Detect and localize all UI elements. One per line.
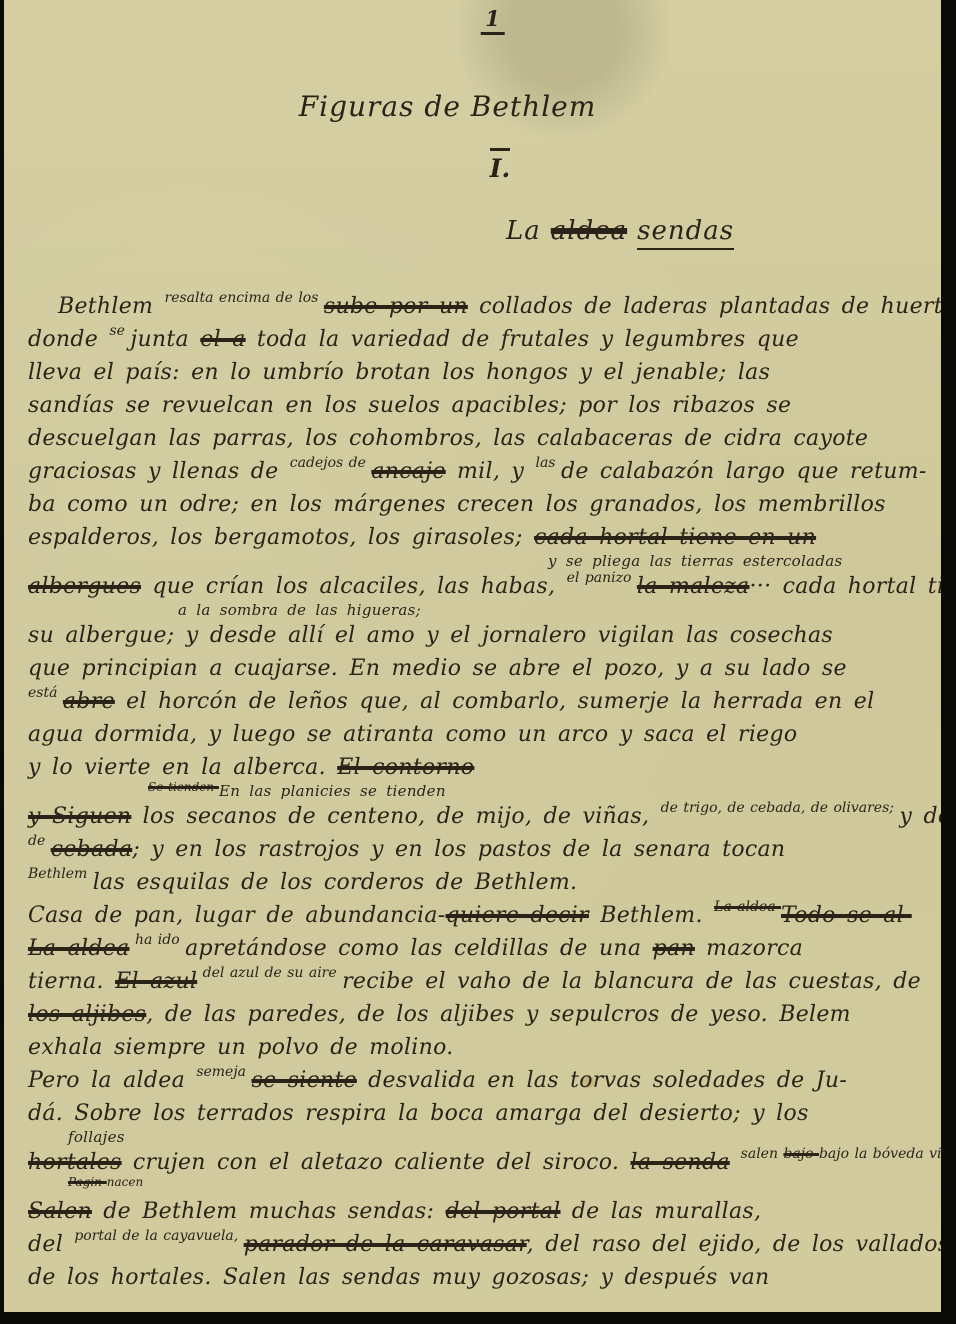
text-segment: donde [28, 327, 109, 352]
text-segment: exhala siempre un polvo de molino. [28, 1035, 454, 1060]
manuscript-line: Pero la aldea semeja se siente desvalida… [28, 1064, 936, 1097]
text-segment: Pero la aldea [28, 1068, 196, 1093]
inserted-text-segment: cadejos de [290, 455, 372, 471]
struck-text-segment: abre [63, 689, 115, 714]
manuscript-line: Bethlem resalta encima de los sube por u… [28, 290, 936, 323]
text-segment: de calabazón largo que retum- [561, 459, 927, 484]
inserted-text-segment: portal de la cayavuela, [74, 1228, 243, 1244]
struck-text-segment: la maleza [637, 574, 750, 599]
manuscript-line: sandías se revuelcan en los suelos apaci… [28, 389, 936, 422]
text-segment: agua dormida, y luego se atiranta como u… [28, 722, 797, 747]
struck-text-segment: ancaje [371, 459, 445, 484]
struck-text-segment: La aldea [714, 899, 781, 915]
text-segment: y se pliega las tierras estercoladas [548, 552, 843, 570]
struck-text-segment: cebada [51, 837, 133, 862]
struck-text-segment: El contorno [337, 755, 474, 780]
text-segment: collados de laderas plantadas de huertos… [468, 294, 941, 319]
text-segment: dá. Sobre los terrados respira la boca a… [28, 1101, 809, 1126]
manuscript-line: Pagin nacen [28, 1179, 936, 1195]
struck-text-segment: parador de la caravasar [244, 1232, 527, 1257]
manuscript-line: a la sombra de las higueras; [28, 603, 936, 619]
text-segment: los secanos de centeno, de mijo, de viña… [131, 804, 660, 829]
text-segment: recibe el vaho de la blancura de las cue… [342, 969, 921, 994]
manuscript-line: lleva el país: en lo umbrío brotan los h… [28, 356, 936, 389]
subtitle-word: sendas [637, 216, 734, 250]
manuscript-line: albergues que crían los alcaciles, las h… [28, 570, 936, 603]
text-segment: que principian a cuajarse. En medio se a… [28, 656, 847, 681]
text-segment: crujen con el aletazo caliente del siroc… [122, 1150, 631, 1175]
inserted-text-segment: salen [730, 1146, 784, 1162]
text-segment: de las murallas, [561, 1199, 762, 1224]
manuscript-line: los aljibes, de las paredes, de los alji… [28, 998, 936, 1031]
manuscript-line: dá. Sobre los terrados respira la boca a… [28, 1097, 936, 1130]
struck-text-segment: Se tienden [148, 780, 219, 794]
struck-text-segment: los aljibes [28, 1002, 146, 1027]
inserted-text-segment: ha ido [130, 932, 186, 948]
manuscript-line: Se tienden En las planicies se tienden [28, 784, 936, 800]
subtitle-article: La [506, 216, 541, 246]
manuscript-line: graciosas y llenas de cadejos de ancaje … [28, 455, 936, 488]
struck-text-segment: Pagin [68, 1175, 107, 1189]
manuscript-line: follajes [28, 1130, 936, 1146]
inserted-text-segment: semeja [196, 1064, 251, 1080]
struck-text-segment: la senda [631, 1150, 730, 1175]
manuscript-line: de cebada; y en los rastrojos y en los p… [28, 833, 936, 866]
inserted-text-segment: las [535, 455, 560, 471]
manuscript-line: su albergue; y desde allí el amo y el jo… [28, 619, 936, 652]
text-segment: ··· cada hortal tiene [749, 574, 941, 599]
text-segment: ba como un odre; en los márgenes crecen … [28, 492, 886, 517]
text-segment: toda la variedad de frutales y legumbres… [246, 327, 799, 352]
manuscript-line: donde se junta el a toda la variedad de … [28, 323, 936, 356]
inserted-text-segment: de trigo, de cebada, de olivares; [661, 800, 900, 816]
manuscript-page: 1 Figuras de Bethlem I. Laaldeasendas Be… [4, 0, 941, 1312]
text-segment: En las planicies se tienden [219, 782, 446, 800]
subtitle-struck-word: aldea [551, 216, 627, 246]
inserted-text-segment: está [28, 685, 63, 701]
manuscript-line: agua dormida, y luego se atiranta como u… [28, 718, 936, 751]
manuscript-line: está abre el horcón de leños que, al com… [28, 685, 936, 718]
text-segment: , del raso del ejido, de los vallados [527, 1232, 941, 1257]
struck-text-segment: bajo [783, 1146, 819, 1162]
inserted-text-segment: resalta encima de los [165, 290, 324, 306]
section-numeral: I. [490, 148, 510, 183]
manuscript-line: tierna. El azul del azul de su aire reci… [28, 965, 936, 998]
manuscript-line: ba como un odre; en los márgenes crecen … [28, 488, 936, 521]
struck-text-segment: pan [653, 936, 695, 961]
struck-text-segment: se siente [251, 1068, 356, 1093]
inserted-text-segment: del azul de su aire [197, 965, 342, 981]
inserted-text-segment: nacen [107, 1175, 143, 1189]
page-number: 1 [480, 6, 505, 35]
text-segment: que crían los alcaciles, las habas, [141, 574, 567, 599]
inserted-text-segment: bajo la bóveda vieja, [819, 1146, 941, 1162]
struck-text-segment: La aldea [28, 936, 130, 961]
struck-text-segment: Todo se al- [781, 903, 912, 928]
manuscript-line: exhala siempre un polvo de molino. [28, 1031, 936, 1064]
manuscript-line: que principian a cuajarse. En medio se a… [28, 652, 936, 685]
text-segment: apretándose como las celdillas de una [185, 936, 653, 961]
text-segment: del [28, 1232, 74, 1257]
manuscript-line: y se pliega las tierras estercoladas [28, 554, 936, 570]
inserted-text-segment: de [28, 833, 51, 849]
manuscript-line: Bethlem las esquilas de los corderos de … [28, 866, 936, 899]
struck-text-segment: Salen [28, 1199, 92, 1224]
text-segment: espalderos, los bergamotos, los girasole… [28, 525, 534, 550]
chapter-subtitle: Laaldeasendas [506, 216, 734, 246]
text-segment: de los hortales. Salen las sendas muy go… [28, 1265, 769, 1290]
text-segment: y de [899, 804, 941, 829]
struck-text-segment: el a [200, 327, 245, 352]
text-segment: descuelgan las parras, los cohombros, la… [28, 426, 868, 451]
text-segment: sandías se revuelcan en los suelos apaci… [28, 393, 791, 418]
text-segment: tierna. [28, 969, 115, 994]
text-segment: graciosas y llenas de [28, 459, 290, 484]
text-segment: el horcón de leños que, al combarlo, sum… [115, 689, 875, 714]
struck-text-segment: albergues [28, 574, 141, 599]
struck-text-segment: hortales [28, 1150, 122, 1175]
text-segment: las esquilas de los corderos de Bethlem. [93, 870, 578, 895]
text-segment: ; y en los rastrojos y en los pastos de … [132, 837, 785, 862]
text-segment: a la sombra de las higueras; [178, 601, 421, 619]
manuscript-line: y Siguen los secanos de centeno, de mijo… [28, 800, 936, 833]
struck-text-segment: del portal [446, 1199, 561, 1224]
manuscript-line: Salen de Bethlem muchas sendas: del port… [28, 1195, 936, 1228]
struck-text-segment: quiere decir [446, 903, 589, 928]
text-segment: Casa de pan, lugar de abundancia- [28, 903, 446, 928]
text-segment: mil, y [446, 459, 536, 484]
inserted-text-segment: el panizo [567, 570, 637, 586]
text-segment: mazorca [695, 936, 803, 961]
manuscript-line: del portal de la cayavuela, parador de l… [28, 1228, 936, 1261]
manuscript-line: Casa de pan, lugar de abundancia-quiere … [28, 899, 936, 932]
manuscript-body: Bethlem resalta encima de los sube por u… [28, 290, 936, 1294]
manuscript-line: hortales crujen con el aletazo caliente … [28, 1146, 936, 1179]
manuscript-line: espalderos, los bergamotos, los girasole… [28, 521, 936, 554]
text-segment: y lo vierte en la alberca. [28, 755, 337, 780]
text-segment: desvalida en las torvas soledades de Ju- [357, 1068, 847, 1093]
struck-text-segment: cada hortal tiene en un [534, 525, 816, 550]
inserted-text-segment: se [109, 323, 130, 339]
text-segment: lleva el país: en lo umbrío brotan los h… [28, 360, 770, 385]
text-segment: Bethlem [58, 294, 165, 319]
struck-text-segment: El azul [115, 969, 197, 994]
inserted-text-segment: Bethlem [28, 866, 93, 882]
text-segment: , de las paredes, de los aljibes y sepul… [146, 1002, 851, 1027]
manuscript-title: Figuras de Bethlem [4, 90, 916, 123]
struck-text-segment: y Siguen [28, 804, 131, 829]
struck-text-segment: sube por un [324, 294, 468, 319]
text-segment: junta [130, 327, 200, 352]
text-segment: follajes [68, 1128, 125, 1146]
text-segment: su albergue; y desde allí el amo y el jo… [28, 623, 833, 648]
text-segment: Bethlem. [589, 903, 714, 928]
manuscript-line: La aldea ha ido apretándose como las cel… [28, 932, 936, 965]
manuscript-line: descuelgan las parras, los cohombros, la… [28, 422, 936, 455]
section-numeral-row: I. [4, 148, 941, 183]
manuscript-line: de los hortales. Salen las sendas muy go… [28, 1261, 936, 1294]
text-segment: de Bethlem muchas sendas: [92, 1199, 446, 1224]
